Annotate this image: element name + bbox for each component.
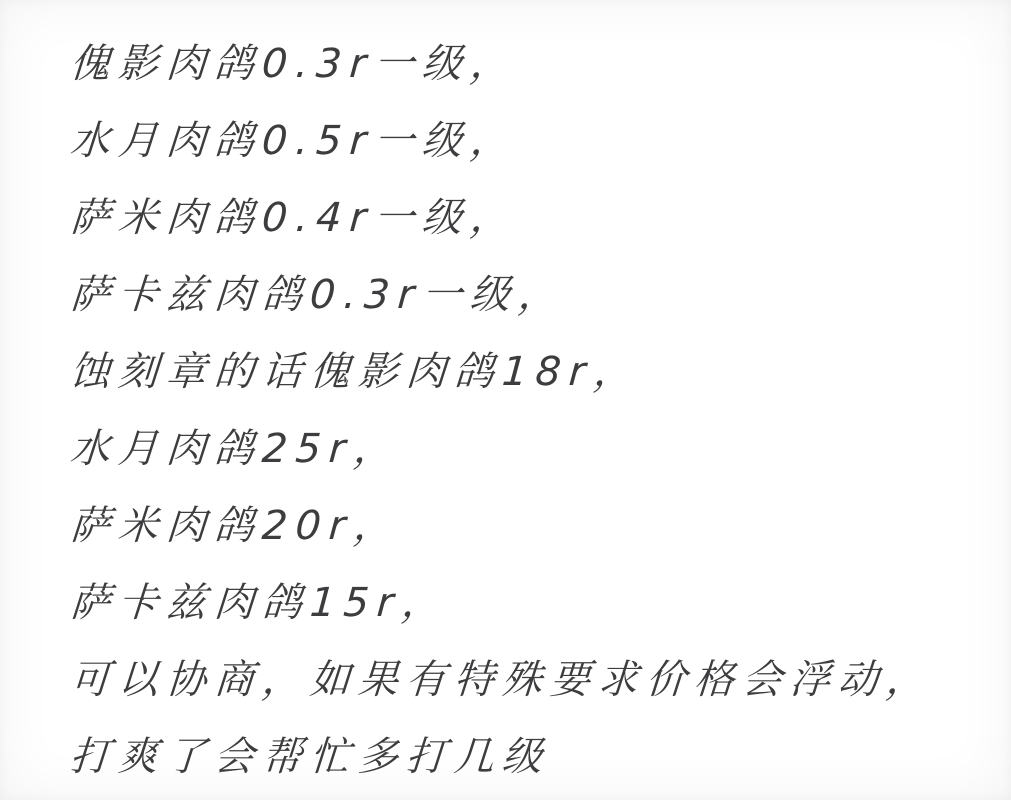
- note-line-medal-mizuki: 水月肉鸽25r，: [67, 411, 973, 488]
- handwritten-note-page: 傀影肉鸽0.3r一级， 水月肉鸽0.5r一级， 萨米肉鸽0.4r一级， 萨卡兹肉…: [0, 0, 1011, 800]
- note-line-medal-sarkaz: 萨卡兹肉鸽15r，: [67, 565, 973, 642]
- note-line-bonus-levels: 打爽了会帮忙多打几级: [67, 719, 973, 796]
- note-line-sarkaz-price: 萨卡兹肉鸽0.3r一级，: [67, 257, 973, 334]
- note-line-medal-phantom: 蚀刻章的话傀影肉鸽18r，: [67, 334, 973, 411]
- handwritten-note: 傀影肉鸽0.3r一级， 水月肉鸽0.5r一级， 萨米肉鸽0.4r一级， 萨卡兹肉…: [70, 26, 971, 796]
- note-line-sami-price: 萨米肉鸽0.4r一级，: [67, 180, 973, 257]
- note-line-negotiable: 可以协商，如果有特殊要求价格会浮动，: [67, 642, 973, 719]
- note-line-medal-sami: 萨米肉鸽20r，: [67, 488, 973, 565]
- note-line-mizuki-price: 水月肉鸽0.5r一级，: [67, 103, 973, 180]
- note-line-phantom-price: 傀影肉鸽0.3r一级，: [67, 26, 973, 103]
